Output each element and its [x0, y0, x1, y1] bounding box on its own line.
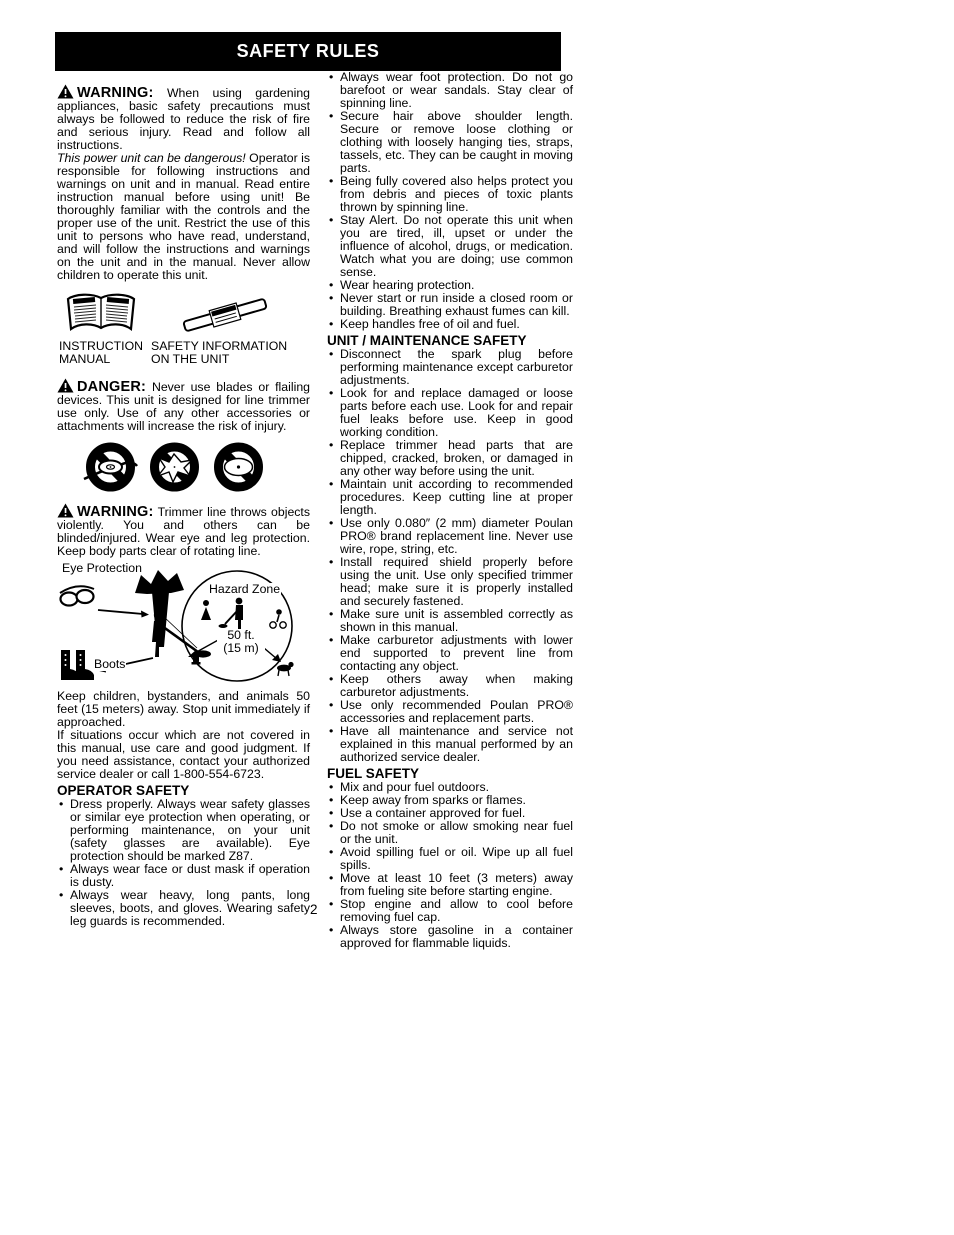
list-item: Replace trimmer head parts that are chip…	[327, 439, 573, 478]
fuel-safety-list: Mix and pour fuel outdoors. Keep away fr…	[327, 781, 573, 950]
unit-maintenance-safety-heading: UNIT / MAINTENANCE SAFETY	[327, 334, 573, 347]
safety-information-caption: SAFETY INFORMATION ON THE UNIT	[151, 340, 291, 366]
list-item: Make carburetor adjustments with lower e…	[327, 634, 573, 673]
italic-lead: This power unit can be dangerous!	[57, 151, 246, 165]
unit-maintenance-safety-list: Disconnect the spark plug before perform…	[327, 348, 573, 764]
list-item: Use only 0.080″ (2 mm) diameter Poulan P…	[327, 517, 573, 556]
no-star-blade-icon	[147, 441, 202, 493]
left-column: WARNING: When using gardening appliances…	[57, 84, 310, 928]
figures-row	[57, 290, 310, 338]
list-item: Use only recommended Poulan PRO® accesso…	[327, 699, 573, 725]
prohibited-blades-row	[83, 441, 310, 493]
list-item: Dress properly. Always wear safety glass…	[57, 798, 310, 863]
list-item: Make sure unit is assembled correctly as…	[327, 608, 573, 634]
boots-icon	[61, 650, 94, 680]
list-item: Keep handles free of oil and fuel.	[327, 318, 573, 331]
keep-children-paragraph: Keep children, bystanders, and animals 5…	[57, 690, 310, 729]
warning-triangle-icon	[57, 503, 74, 518]
manual-page: SAFETY RULES WARNING: When using gardeni…	[0, 0, 954, 1235]
hazard-zone-label: Hazard Zone	[208, 583, 281, 596]
dangerous-paragraph: This power unit can be dangerous! Operat…	[57, 152, 310, 282]
list-item: Move at least 10 feet (3 meters) away fr…	[327, 872, 573, 898]
list-item: Keep others away when making carburetor …	[327, 673, 573, 699]
hazard-center-operator-icon	[219, 598, 244, 632]
situations-paragraph: If situations occur which are not covere…	[57, 729, 310, 781]
list-item: Always wear heavy, long pants, long slee…	[57, 889, 310, 928]
operator-safety-list: Dress properly. Always wear safety glass…	[57, 798, 310, 928]
warning-paragraph-1: WARNING: When using gardening appliances…	[57, 84, 310, 152]
page-number: 2	[310, 902, 318, 917]
list-item: Have all maintenance and service not exp…	[327, 725, 573, 764]
page-title: SAFETY RULES	[237, 41, 380, 62]
list-item: Maintain unit according to recommended p…	[327, 478, 573, 517]
list-item: Being fully covered also helps protect y…	[327, 175, 573, 214]
eye-protection-arrow	[98, 610, 149, 618]
danger-paragraph: DANGER: Never use blades or flailing dev…	[57, 378, 310, 433]
list-item: Secure hair above shoulder length. Secur…	[327, 110, 573, 175]
danger-triangle-icon	[57, 378, 74, 393]
list-item: Always store gasoline in a container app…	[327, 924, 573, 950]
list-item: Avoid spilling fuel or oil. Wipe up all …	[327, 846, 573, 872]
list-item: Look for and replace damaged or loose pa…	[327, 387, 573, 439]
operator-safety-continued-list: Always wear foot protection. Do not go b…	[327, 71, 573, 331]
boots-label: Boots	[93, 658, 126, 671]
list-item: Always wear face or dust mask if operati…	[57, 863, 310, 889]
list-item: Stay Alert. Do not operate this unit whe…	[327, 214, 573, 279]
bystander-icon	[201, 600, 211, 620]
instruction-manual-icon	[61, 290, 141, 338]
fuel-safety-heading: FUEL SAFETY	[327, 767, 573, 780]
list-item: Install required shield properly before …	[327, 556, 573, 608]
eye-protection-label: Eye Protection	[61, 562, 143, 575]
instruction-manual-caption: INSTRUCTION MANUAL	[59, 340, 151, 366]
operator-responsibility-text: Operator is responsible for following in…	[57, 151, 310, 282]
safety-label-on-unit-icon	[181, 290, 269, 338]
dog-icon	[277, 662, 294, 676]
warning-triangle-icon	[57, 84, 74, 99]
operator-safety-heading: OPERATOR SAFETY	[57, 784, 310, 797]
list-item: Never start or run inside a closed room …	[327, 292, 573, 318]
goggles-icon	[60, 586, 94, 605]
warning-paragraph-2: WARNING: Trimmer line throws objects vio…	[57, 503, 310, 558]
distance-label-meters: (15 m)	[217, 642, 265, 655]
hazard-zone-diagram: Eye Protection Hazard Zone 50 ft. (15 m)…	[57, 562, 310, 686]
tricycle-icon	[270, 609, 286, 628]
list-item: Disconnect the spark plug before perform…	[327, 348, 573, 387]
no-trimmer-head-flail-icon	[83, 441, 138, 493]
list-item: Do not smoke or allow smoking near fuel …	[327, 820, 573, 846]
right-column: Always wear foot protection. Do not go b…	[327, 71, 573, 950]
operator-icon	[152, 610, 211, 658]
figure-captions: INSTRUCTION MANUAL SAFETY INFORMATION ON…	[57, 340, 310, 366]
list-item: Stop engine and allow to cool before rem…	[327, 898, 573, 924]
list-item: Always wear foot protection. Do not go b…	[327, 71, 573, 110]
no-saw-blade-icon	[211, 441, 266, 493]
page-title-bar: SAFETY RULES	[55, 32, 561, 71]
